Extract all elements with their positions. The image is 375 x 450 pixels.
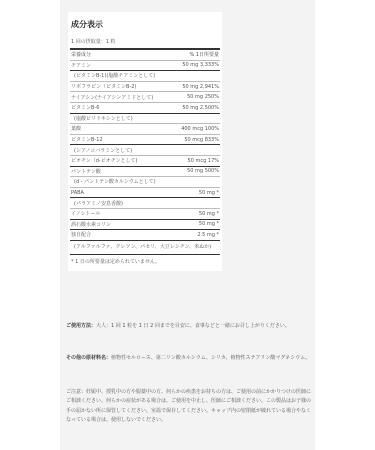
nutrient-name: 葉酸 <box>71 125 81 132</box>
nutrient-name: ビタミンB-12 <box>71 136 103 143</box>
nutrient-name: PABA <box>71 190 84 196</box>
caution-paragraph: ご注意：妊娠中、授乳中の方や服薬中の方、何らかの疾患をお持ちの方は、ご使用の前に… <box>66 388 314 426</box>
nutrient-name: (シアノコバラミンとして) <box>71 147 132 154</box>
facts-row: リボフラビン（ビタミンB-2)50 mg 2,941% <box>70 82 220 93</box>
nutrient-value: 2.5 mg * <box>197 232 219 238</box>
header-nutrient: 栄養成分 <box>71 51 91 58</box>
other-ingredients-text: 植物性セルロース、第二リン酸カルシウム、シリカ、植物性ステアリン酸マグネシウム。 <box>111 355 310 361</box>
facts-row: チアミン50 mg 3,333% <box>70 61 220 72</box>
nutrient-value: 50 mcg 833% <box>184 137 219 143</box>
facts-header-row: 栄養成分 % 1日所要量 <box>70 50 220 61</box>
nutrient-name: 独自配合 <box>71 231 91 238</box>
nutrient-name: イノシトール <box>71 210 100 217</box>
nutrient-value: 50 mg 3,333% <box>182 62 219 68</box>
facts-row: (ビタミンB-1)(塩酸チアミンとして) <box>70 71 220 82</box>
nutrient-name: (d - パントテン酸カルシウムとして) <box>71 178 156 185</box>
other-ingredients-paragraph: その他の原材料名：植物性セルロース、第二リン酸カルシウム、シリカ、植物性ステアリ… <box>66 354 314 363</box>
facts-row: 独自配合2.5 mg * <box>70 230 220 241</box>
nutrient-value: 50 mg * <box>199 221 219 227</box>
facts-row: (d - パントテン酸カルシウムとして) <box>70 177 220 188</box>
nutrient-name: ビタミンB-6 <box>71 104 99 111</box>
facts-row: 葉酸400 mcg 100% <box>70 124 220 135</box>
facts-row: ナイアシン(ナイアシンアミドとして)50 mg 250% <box>70 92 220 103</box>
nutrient-name: パントテン酸 <box>71 168 101 175</box>
nutrient-value: 50 mg 2,941% <box>182 84 219 90</box>
nutrient-value: 50 mcg 17% <box>188 158 219 164</box>
facts-title: 成分表示 <box>70 12 220 36</box>
usage-label: ご使用方法： <box>66 323 96 329</box>
nutrient-value: 400 mcg 100% <box>181 126 219 132</box>
blend-note-row: (アルファルファ、クレソン、パセリ、大豆レシチン、米ぬか) <box>70 241 220 255</box>
facts-rows: チアミン50 mg 3,333%(ビタミンB-1)(塩酸チアミンとして)リボフラ… <box>70 61 220 241</box>
serving-size: 1 回の摂取量：1 粒 <box>70 36 220 50</box>
facts-row: パントテン酸50 mg 500% <box>70 167 220 178</box>
nutrient-value: 50 mg * <box>199 211 219 217</box>
nutrient-value: 50 mg 250% <box>187 94 219 100</box>
facts-row: ビタミンB-1250 mcg 833% <box>70 135 220 146</box>
facts-row: ビタミンB-650 mg 2,500% <box>70 103 220 114</box>
nutrient-value: 50 mg 2,500% <box>182 105 219 111</box>
facts-row: (塩酸ピリドキシンとして) <box>70 114 220 125</box>
nutrient-name: 酒石酸水素コリン <box>71 221 111 228</box>
facts-row: PABA50 mg * <box>70 188 220 199</box>
nutrient-name: (塩酸ピリドキシンとして) <box>71 115 133 122</box>
facts-row: イノシトール50 mg * <box>70 209 220 220</box>
nutrient-value: 50 mg * <box>199 190 219 196</box>
usage-paragraph: ご使用方法：大人：1 回 1 粒を 1 日 2 回までを目安に、食事などと一緒に… <box>66 322 314 331</box>
nutrient-name: ナイアシン(ナイアシンアミドとして) <box>71 94 153 101</box>
facts-row: 酒石酸水素コリン50 mg * <box>70 220 220 231</box>
facts-row: (シアノコバラミンとして) <box>70 145 220 156</box>
nutrient-name: リボフラビン（ビタミンB-2) <box>71 83 136 90</box>
facts-row: ビオチン（d-ビオチンとして)50 mcg 17% <box>70 156 220 167</box>
facts-row: (パラアミノ安息香酸) <box>70 198 220 209</box>
nutrient-name: ビオチン（d-ビオチンとして) <box>71 157 137 164</box>
other-ingredients-label: その他の原材料名： <box>66 355 111 361</box>
nutrient-value: 50 mg 500% <box>187 168 219 174</box>
caution-text: ご注意：妊娠中、授乳中の方や服薬中の方、何らかの疾患をお持ちの方は、ご使用の前に… <box>66 389 311 423</box>
usage-text: 大人：1 回 1 粒を 1 日 2 回までを目安に、食事などと一緒にお召し上がり… <box>96 323 290 329</box>
nutrient-name: (ビタミンB-1)(塩酸チアミンとして) <box>71 72 155 79</box>
facts-footnote: * 1 日の所要量は定められていません。 <box>70 255 220 267</box>
nutrient-name: (パラアミノ安息香酸) <box>71 200 123 207</box>
header-daily-value: % 1日所要量 <box>189 51 219 58</box>
nutrient-name: チアミン <box>71 62 91 69</box>
supplement-facts-panel: 成分表示 1 回の摂取量：1 粒 栄養成分 % 1日所要量 チアミン50 mg … <box>68 12 222 271</box>
blend-note: (アルファルファ、クレソン、パセリ、大豆レシチン、米ぬか) <box>74 243 211 252</box>
